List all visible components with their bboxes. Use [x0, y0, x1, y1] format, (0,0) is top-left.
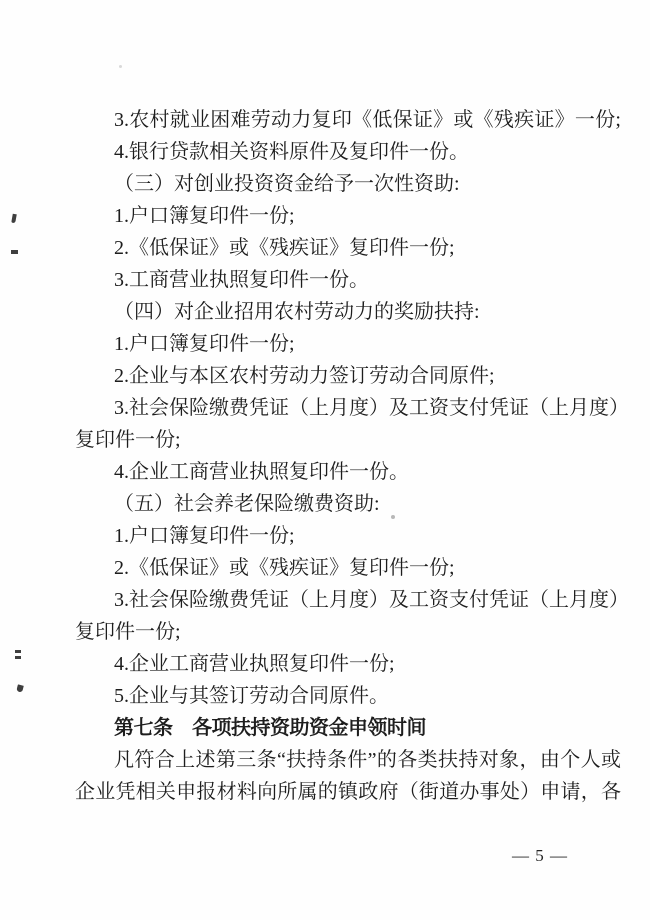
section-heading: 第七条 各项扶持资助资金申领时间 — [75, 712, 621, 744]
text-line: （三）对创业投资资金给予一次性资助: — [75, 168, 621, 200]
scan-speck — [391, 515, 395, 519]
text-line: 2.《低保证》或《残疾证》复印件一份; — [75, 552, 621, 584]
text-line: 4.银行贷款相关资料原件及复印件一份。 — [75, 136, 621, 168]
text-line: 3.农村就业困难劳动力复印《低保证》或《残疾证》一份; — [75, 104, 621, 136]
text-line: 复印件一份; — [75, 616, 621, 648]
scan-speck — [11, 250, 18, 254]
page-number: — 5 — — [494, 844, 586, 868]
scan-speck — [11, 214, 17, 224]
text-line: （五）社会养老保险缴费资助: — [75, 488, 621, 520]
text-line: 3.工商营业执照复印件一份。 — [75, 264, 621, 296]
scan-speck — [15, 650, 21, 653]
scan-speck — [119, 65, 122, 68]
text-line: 1.户口簿复印件一份; — [75, 328, 621, 360]
text-line: 2.《低保证》或《残疾证》复印件一份; — [75, 232, 621, 264]
text-line: 3.社会保险缴费凭证（上月度）及工资支付凭证（上月度） — [75, 584, 621, 616]
text-line: 4.企业工商营业执照复印件一份。 — [75, 456, 621, 488]
text-line: 2.企业与本区农村劳动力签订劳动合同原件; — [75, 360, 621, 392]
text-line: 复印件一份; — [75, 424, 621, 456]
text-line: 企业凭相关申报材料向所属的镇政府（街道办事处）申请，各镇 — [75, 776, 621, 808]
text-line: 凡符合上述第三条“扶持条件”的各类扶持对象，由个人或 — [75, 744, 621, 776]
scan-speck — [16, 684, 24, 692]
text-line: 1.户口簿复印件一份; — [75, 520, 621, 552]
text-line: 5.企业与其签订劳动合同原件。 — [75, 680, 621, 712]
document-body: 3.农村就业困难劳动力复印《低保证》或《残疾证》一份;4.银行贷款相关资料原件及… — [75, 104, 621, 808]
scanned-document-page: 3.农村就业困难劳动力复印《低保证》或《残疾证》一份;4.银行贷款相关资料原件及… — [0, 0, 650, 920]
text-line: 3.社会保险缴费凭证（上月度）及工资支付凭证（上月度） — [75, 392, 621, 424]
text-line: （四）对企业招用农村劳动力的奖励扶持: — [75, 296, 621, 328]
text-line: 4.企业工商营业执照复印件一份; — [75, 648, 621, 680]
text-line: 1.户口簿复印件一份; — [75, 200, 621, 232]
